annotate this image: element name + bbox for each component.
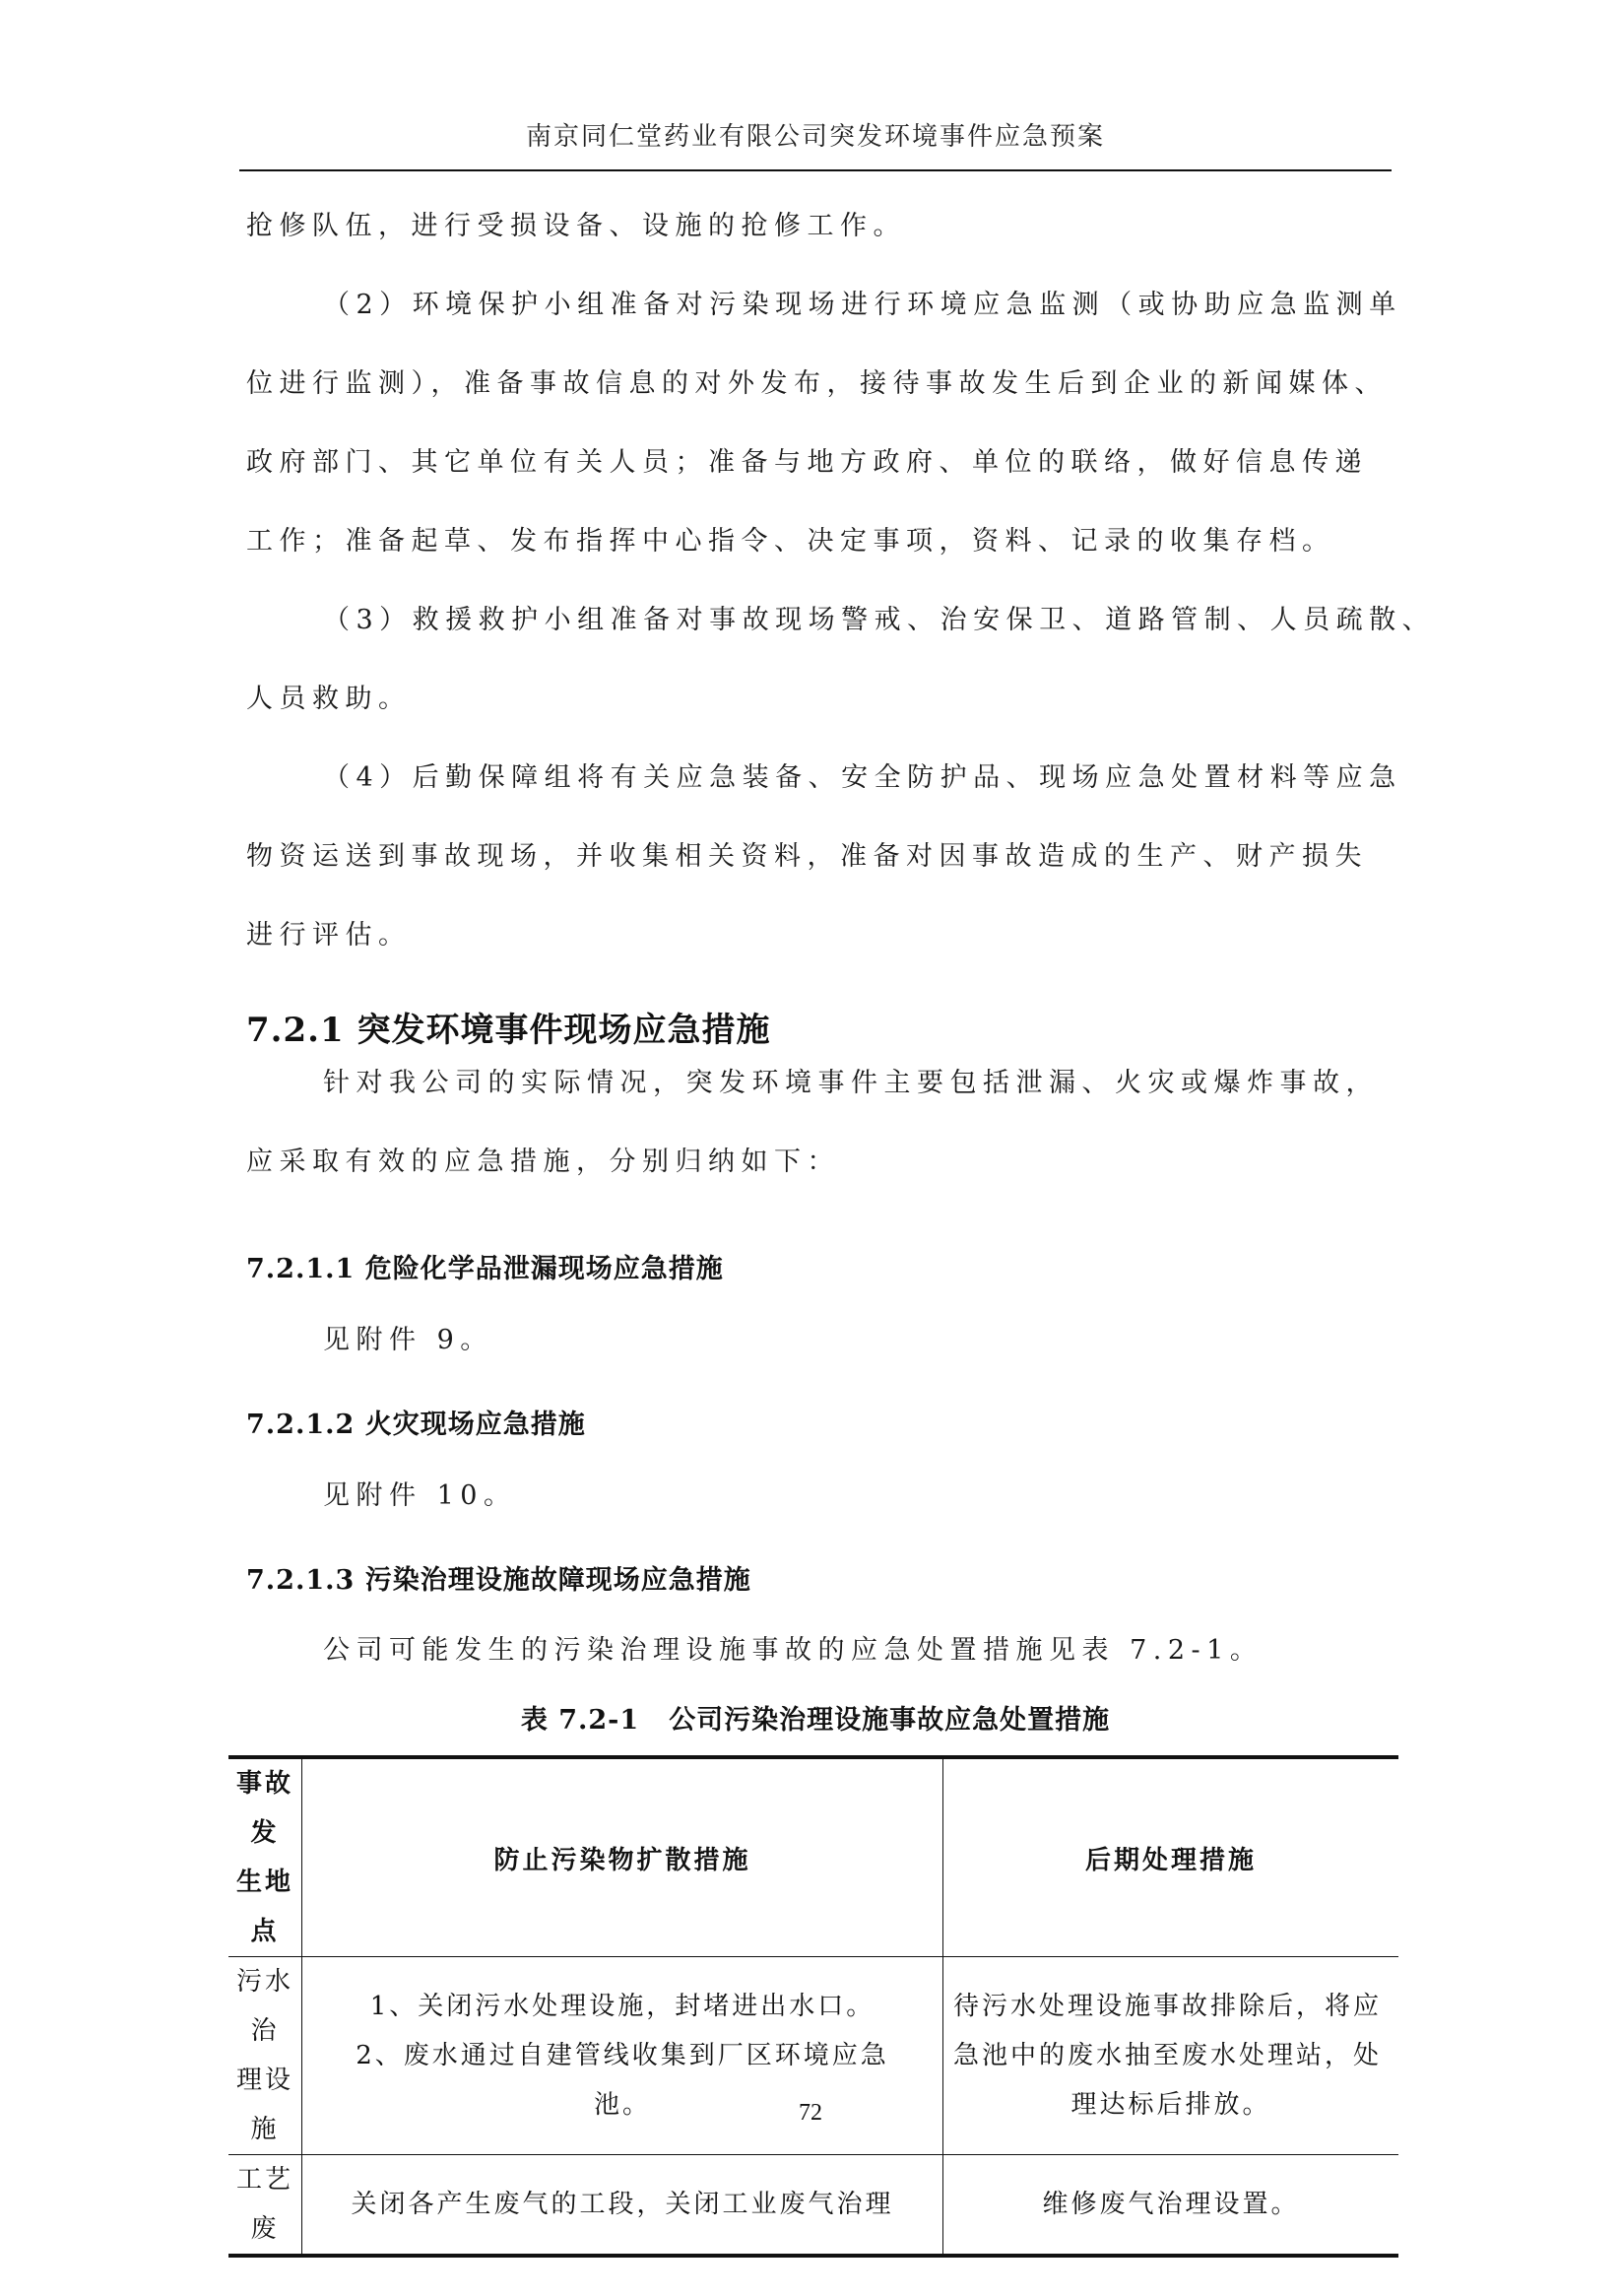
table-row: 工艺废 关闭各产生废气的工段，关闭工业废气治理 维修废气治理设置。 [228,2155,1398,2257]
cell-line: 维修废气治理设置。 [953,2180,1389,2229]
text-line: （2）环境保护小组准备对污染现场进行环境应急监测（或协助应急监测单 [246,266,1389,345]
header-line: 生地点 [234,1858,295,1956]
table-caption-title: 公司污染治理设施事故应急处置措施 [669,1705,1110,1736]
column-header-location: 事故发 生地点 [228,1757,302,1957]
text-line: 进行评估。 [246,896,1389,975]
cell-line: 1、关闭污水处理设施，封堵进出水口。 [312,1982,933,2031]
paragraph-repair-team: 抢修队伍，进行受损设备、设施的抢修工作。 [246,187,1389,266]
text-line: 应采取有效的应急措施，分别归纳如下： [246,1123,1389,1202]
text-line: （4）后勤保障组将有关应急装备、安全防护品、现场应急处置材料等应急 [246,739,1389,818]
page-number: 72 [0,2100,1621,2127]
pollution-facility-measures-table: 事故发 生地点 防止污染物扩散措施 后期处理措施 污水治 理设施 1、关闭污水处… [228,1755,1398,2258]
subsection-heading-7-2-1-1: 7.2.1.1 危险化学品泄漏现场应急措施 [246,1247,724,1285]
text-line: 抢修队伍，进行受损设备、设施的抢修工作。 [246,187,1389,266]
text-line: （3）救援救护小组准备对事故现场警戒、治安保卫、道路管制、人员疏散、 [246,581,1389,660]
paragraph-table-reference: 公司可能发生的污染治理设施事故的应急处置措施见表 7.2-1。 [246,1611,1389,1690]
cell-location: 工艺废 [228,2155,302,2257]
text-line: 工作；准备起草、发布指挥中心指令、决定事项，资料、记录的收集存档。 [246,502,1389,581]
cell-line: 关闭各产生废气的工段，关闭工业废气治理 [312,2180,933,2229]
page-header-title: 南京同仁堂药业有限公司突发环境事件应急预案 [239,116,1392,153]
column-header-follow-up: 后期处理措施 [943,1757,1399,1957]
cell-prevention: 关闭各产生废气的工段，关闭工业废气治理 [302,2155,943,2257]
text-line: 位进行监测），准备事故信息的对外发布，接待事故发生后到企业的新闻媒体、 [246,345,1389,424]
paragraph-env-protection-group: （2）环境保护小组准备对污染现场进行环境应急监测（或协助应急监测单 位进行监测）… [246,266,1389,581]
paragraph-see-attachment-9: 见附件 9。 [246,1301,1389,1380]
paragraph-logistics-group: （4）后勤保障组将有关应急装备、安全防护品、现场应急处置材料等应急 物资运送到事… [246,739,1389,975]
text-line: 公司可能发生的污染治理设施事故的应急处置措施见表 7.2-1。 [246,1611,1389,1690]
text-line: 针对我公司的实际情况，突发环境事件主要包括泄漏、火灾或爆炸事故， [246,1044,1389,1123]
table-header-row: 事故发 生地点 防止污染物扩散措施 后期处理措施 [228,1757,1398,1957]
text-line: 政府部门、其它单位有关人员；准备与地方政府、单位的联络，做好信息传递 [246,424,1389,502]
subsection-heading-7-2-1-3: 7.2.1.3 污染治理设施故障现场应急措施 [246,1558,751,1597]
paragraph-rescue-group: （3）救援救护小组准备对事故现场警戒、治安保卫、道路管制、人员疏散、 人员救助。 [246,581,1389,739]
cell-line: 污水治 [234,1957,295,2056]
table-caption-number: 表 7.2-1 [521,1705,639,1736]
text-line: 见附件 9。 [246,1301,1389,1380]
paragraph-intro-measures: 针对我公司的实际情况，突发环境事件主要包括泄漏、火灾或爆炸事故， 应采取有效的应… [246,1044,1389,1202]
cell-follow-up: 维修废气治理设置。 [943,2155,1399,2257]
paragraph-see-attachment-10: 见附件 10。 [246,1457,1389,1536]
text-line: 见附件 10。 [246,1457,1389,1536]
table-caption: 表 7.2-1公司污染治理设施事故应急处置措施 [239,1698,1392,1737]
cell-line: 待污水处理设施事故排除后，将应 [953,1982,1389,2031]
cell-line: 急池中的废水抽至废水处理站，处 [953,2031,1389,2080]
cell-line: 2、废水通过自建管线收集到厂区环境应急 [312,2031,933,2080]
text-line: 人员救助。 [246,660,1389,739]
header-line: 事故发 [234,1759,295,1858]
column-header-prevention: 防止污染物扩散措施 [302,1757,943,1957]
header-divider [239,169,1392,171]
cell-line: 工艺废 [234,2155,295,2254]
subsection-heading-7-2-1-2: 7.2.1.2 火灾现场应急措施 [246,1403,586,1441]
text-line: 物资运送到事故现场，并收集相关资料，准备对因事故造成的生产、财产损失 [246,818,1389,896]
